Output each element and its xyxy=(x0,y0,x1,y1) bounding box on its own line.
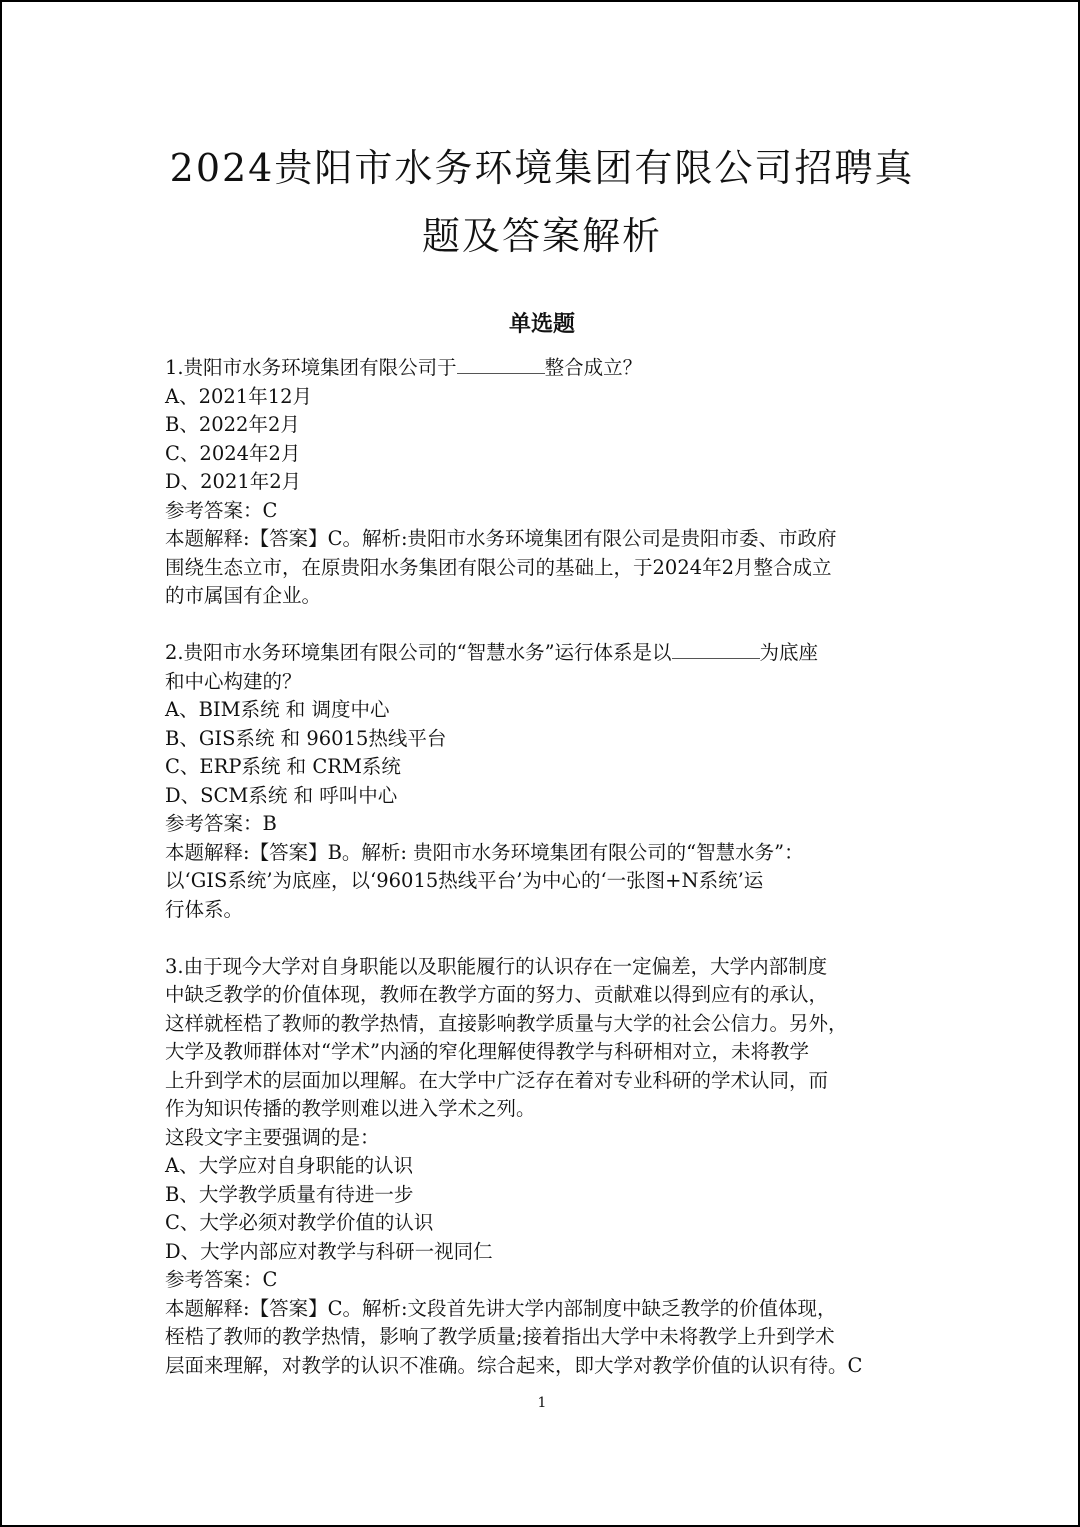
question-stem: 3.由于现今大学对自身职能以及职能履行的认识存在一定偏差，大学内部制度 xyxy=(165,953,925,982)
option-c: C、2024年2月 xyxy=(165,440,925,469)
option-b: B、大学教学质量有待进一步 xyxy=(165,1181,925,1210)
question-stem: 这样就桎梏了教师的教学热情，直接影响教学质量与大学的社会公信力。另外， xyxy=(165,1010,925,1039)
explanation-line: 行体系。 xyxy=(165,896,925,925)
document-body: 1.贵阳市水务环境集团有限公司于整合成立？ A、2021年12月 B、2022年… xyxy=(165,354,925,1380)
explanation-line: 本题解释:【答案】C。解析:文段首先讲大学内部制度中缺乏教学的价值体现， xyxy=(165,1295,925,1324)
document-title-line-1: 2024贵阳市水务环境集团有限公司招聘真 xyxy=(162,149,922,187)
section-heading: 单选题 xyxy=(162,313,922,335)
document-title-line-2: 题及答案解析 xyxy=(162,217,922,255)
question-3: 3.由于现今大学对自身职能以及职能履行的认识存在一定偏差，大学内部制度 中缺乏教… xyxy=(165,953,925,1381)
question-stem: 上升到学术的层面加以理解。在大学中广泛存在着对专业科研的学术认同，而 xyxy=(165,1067,925,1096)
option-a: A、大学应对自身职能的认识 xyxy=(165,1152,925,1181)
option-d: D、大学内部应对教学与科研一视同仁 xyxy=(165,1238,925,1267)
explanation-line: 的市属国有企业。 xyxy=(165,582,925,611)
question-stem-continued: 和中心构建的？ xyxy=(165,668,925,697)
option-c: C、大学必须对教学价值的认识 xyxy=(165,1209,925,1238)
question-2: 2.贵阳市水务环境集团有限公司的“智慧水务”运行体系是以为底座 和中心构建的？ … xyxy=(165,639,925,924)
option-b: B、2022年2月 xyxy=(165,411,925,440)
question-stem: 大学及教师群体对“学术”内涵的窄化理解使得教学与科研相对立，未将教学 xyxy=(165,1038,925,1067)
explanation-line: 本题解释:【答案】B。解析: 贵阳市水务环境集团有限公司的“智慧水务”： xyxy=(165,839,925,868)
question-prompt: 这段文字主要强调的是： xyxy=(165,1124,925,1153)
option-c: C、ERP系统 和 CRM系统 xyxy=(165,753,925,782)
question-stem: 1.贵阳市水务环境集团有限公司于整合成立？ xyxy=(165,354,925,383)
explanation-line: 以‘GIS系统’为底座，以‘96015热线平台’为中心的‘一张图+N系统’运 xyxy=(165,867,925,896)
page-number: 1 xyxy=(2,1395,1080,1411)
option-d: D、SCM系统 和 呼叫中心 xyxy=(165,782,925,811)
reference-answer: 参考答案：C xyxy=(165,497,925,526)
document-page: 2024贵阳市水务环境集团有限公司招聘真 题及答案解析 单选题 1.贵阳市水务环… xyxy=(0,0,1080,1527)
question-1: 1.贵阳市水务环境集团有限公司于整合成立？ A、2021年12月 B、2022年… xyxy=(165,354,925,611)
fill-blank xyxy=(672,640,760,659)
fill-blank xyxy=(457,355,545,374)
option-a: A、BIM系统 和 调度中心 xyxy=(165,696,925,725)
spacer xyxy=(165,611,925,640)
option-a: A、2021年12月 xyxy=(165,383,925,412)
question-stem: 中缺乏教学的价值体现，教师在教学方面的努力、贡献难以得到应有的承认， xyxy=(165,981,925,1010)
option-b: B、GIS系统 和 96015热线平台 xyxy=(165,725,925,754)
reference-answer: 参考答案：C xyxy=(165,1266,925,1295)
question-stem: 2.贵阳市水务环境集团有限公司的“智慧水务”运行体系是以为底座 xyxy=(165,639,925,668)
explanation-line: 层面来理解，对教学的认识不准确。综合起来，即大学对教学价值的认识有待。C xyxy=(165,1352,925,1381)
explanation-line: 本题解释:【答案】C。解析:贵阳市水务环境集团有限公司是贵阳市委、市政府 xyxy=(165,525,925,554)
question-stem: 作为知识传播的教学则难以进入学术之列。 xyxy=(165,1095,925,1124)
explanation-line: 围绕生态立市，在原贵阳水务集团有限公司的基础上，于2024年2月整合成立 xyxy=(165,554,925,583)
spacer xyxy=(165,924,925,953)
reference-answer: 参考答案：B xyxy=(165,810,925,839)
option-d: D、2021年2月 xyxy=(165,468,925,497)
explanation-line: 桎梏了教师的教学热情，影响了教学质量;接着指出大学中未将教学上升到学术 xyxy=(165,1323,925,1352)
